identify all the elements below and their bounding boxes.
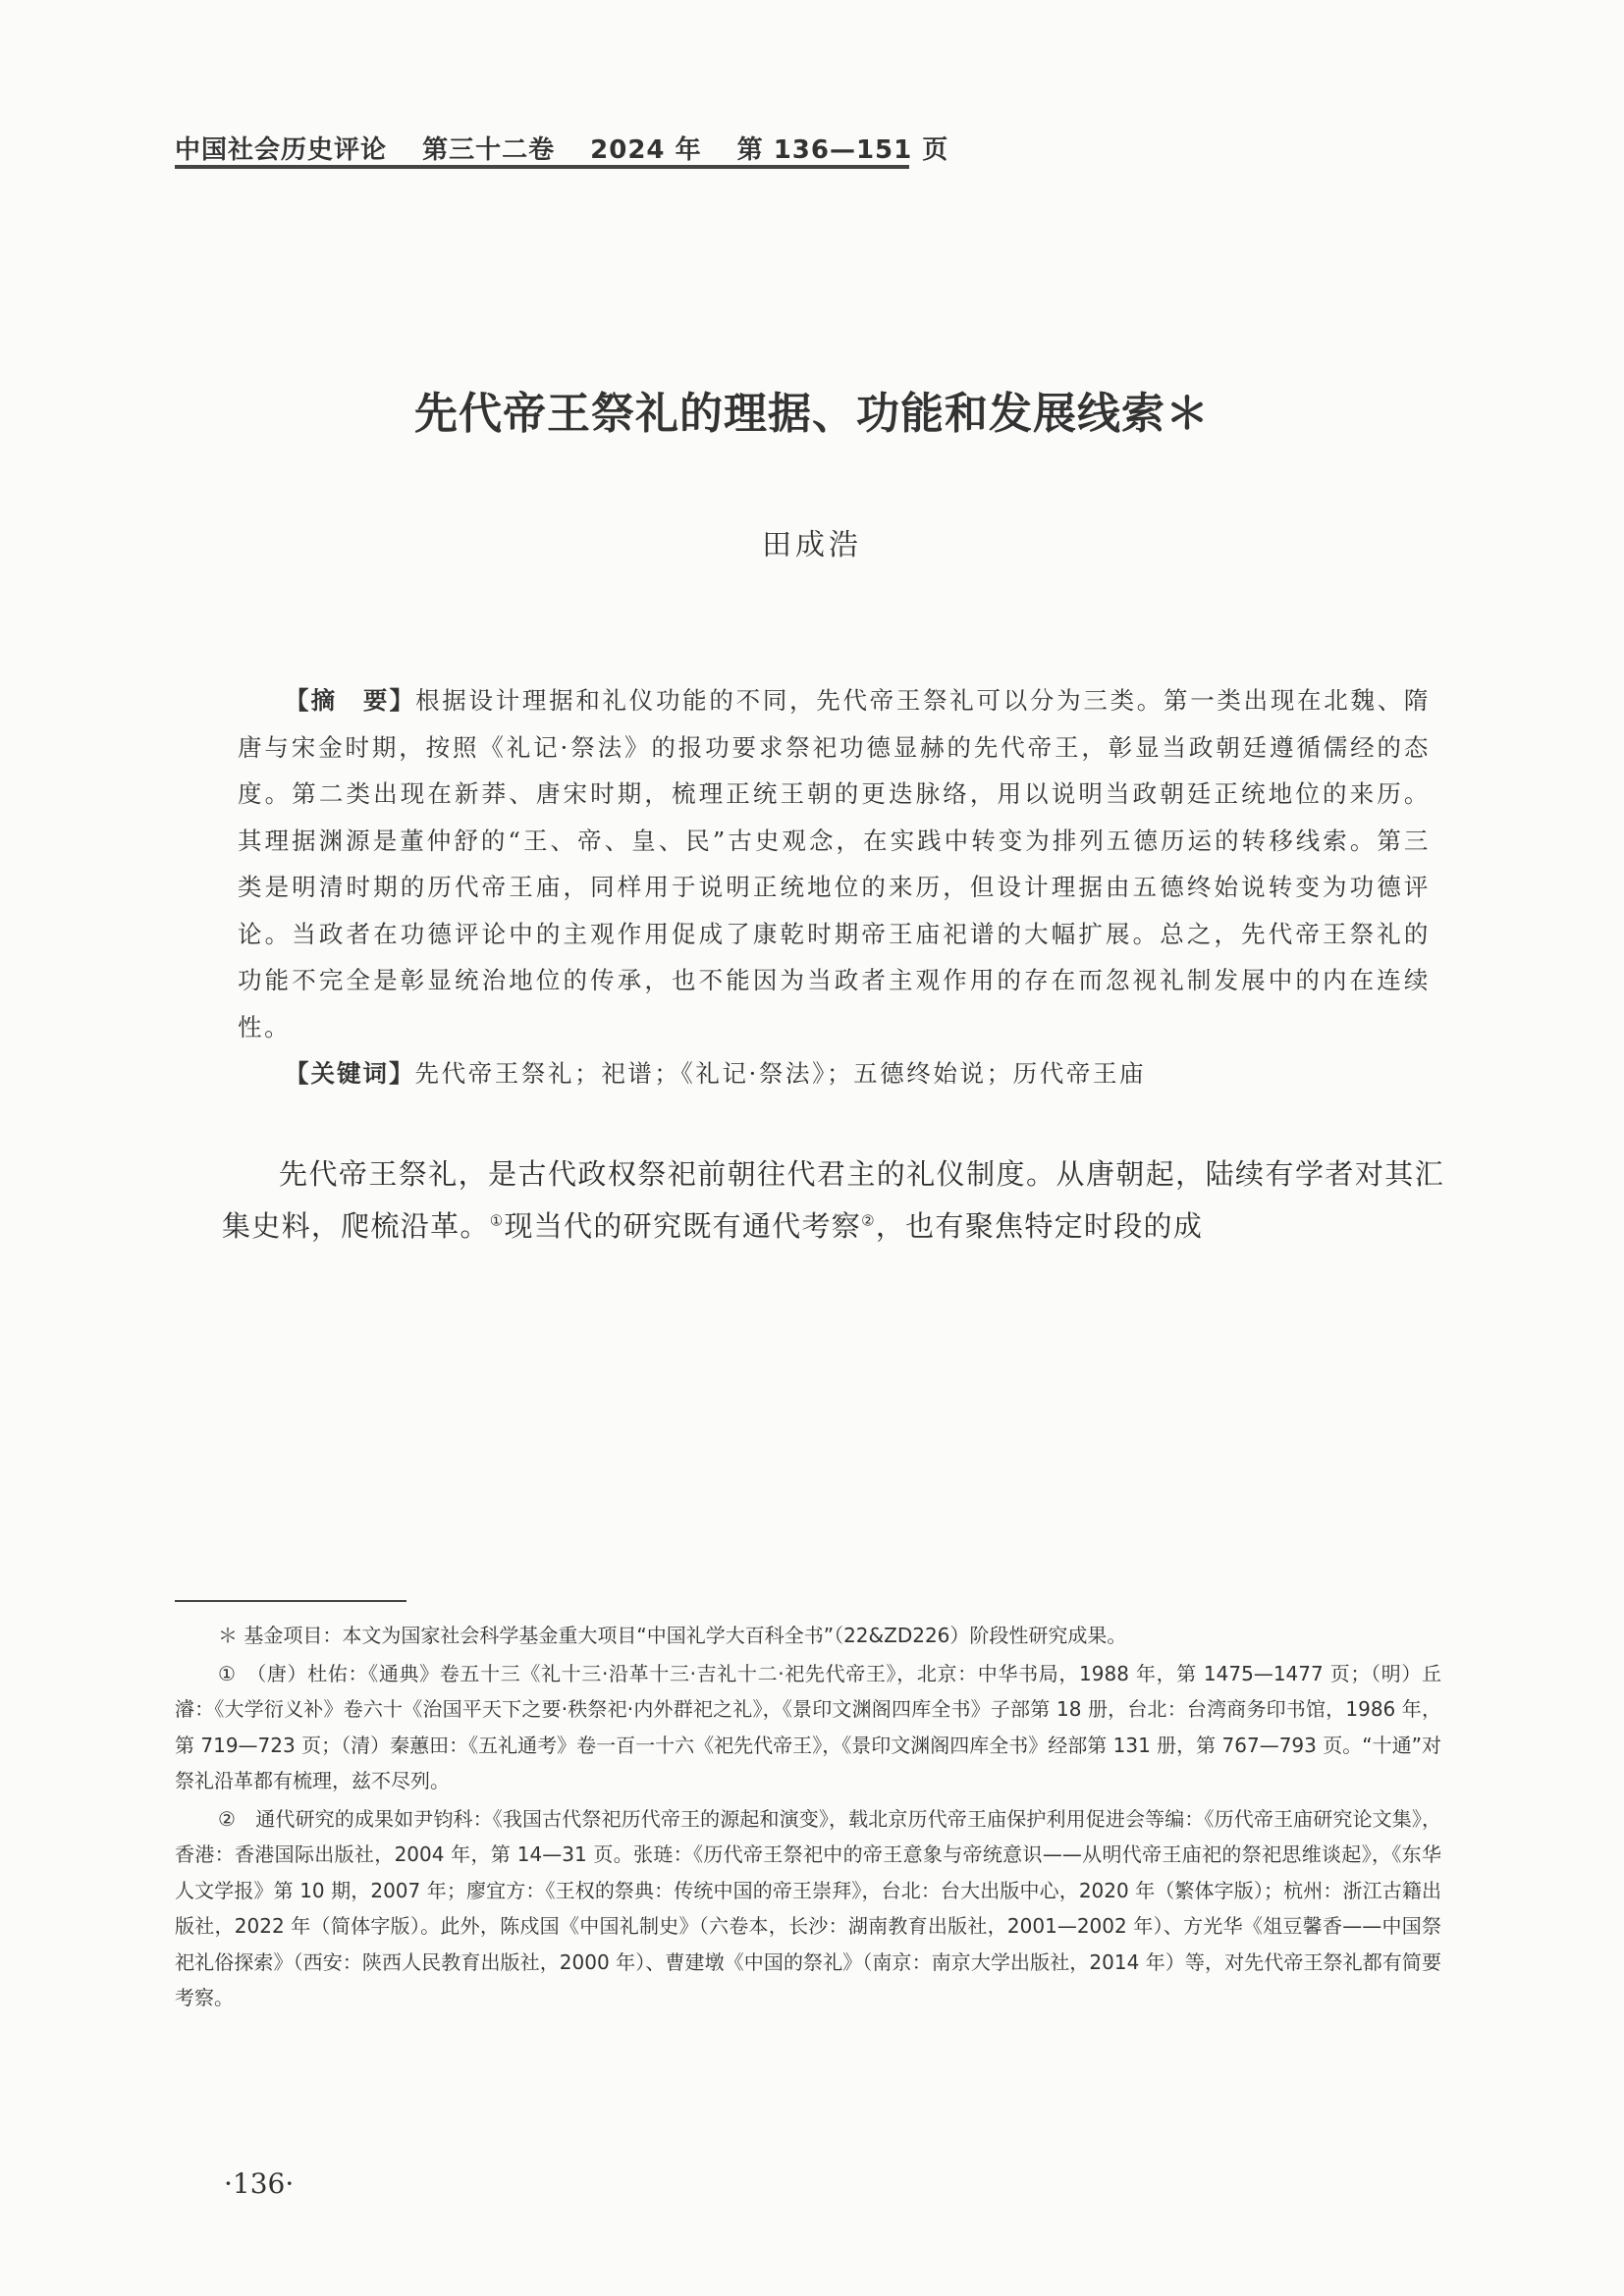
abstract-paragraph: 【摘 要】根据设计理据和礼仪功能的不同，先代帝王祭礼可以分为三类。第一类出现在北… [238,677,1431,1050]
header-rule [175,165,909,169]
article-title: 先代帝王祭礼的理据、功能和发展线索＊ [0,378,1624,441]
abstract-label: 【摘 要】 [285,686,415,715]
body-paragraph: 先代帝王祭礼，是古代政权祭祀前朝往代君主的礼仪制度。从唐朝起，陆续有学者对其汇集… [222,1148,1444,1253]
footnote-text: 通代研究的成果如尹钧科：《我国古代祭祀历代帝王的源起和演变》，载北京历代帝王庙保… [175,1807,1441,2010]
abstract-text: 根据设计理据和礼仪功能的不同，先代帝王祭礼可以分为三类。第一类出现在北魏、隋唐与… [238,686,1431,1041]
body-text: 先代帝王祭礼，是古代政权祭祀前朝往代君主的礼仪制度。从唐朝起，陆续有学者对其汇集… [222,1148,1444,1253]
footnote-text: （唐）杜佑：《通典》卷五十三《礼十三·沿革十三·吉礼十二·祀先代帝王》，北京：中… [175,1662,1441,1793]
volume: 第三十二卷 [422,135,555,165]
abstract-section: 【摘 要】根据设计理据和礼仪功能的不同，先代帝王祭礼可以分为三类。第一类出现在北… [238,677,1431,1097]
body-text-segment: ，也有聚焦特定时段的成 [876,1209,1203,1243]
running-header: 中国社会历史评论 第三十二卷 2024 年 第 136—151 页 [175,130,906,166]
footnote-ref-1[interactable]: ① [490,1211,505,1229]
page-range: 第 136—151 页 [737,135,949,165]
author-name: 田成浩 [0,520,1624,563]
keywords-paragraph: 【关键词】先代帝王祭礼；祀谱；《礼记·祭法》；五德终始说；历代帝王庙 [238,1050,1431,1097]
footnote-marker: ② [218,1807,236,1831]
footnote-marker: ① [218,1662,237,1685]
page-number: ·136· [224,2167,294,2200]
footnote-item: ② 通代研究的成果如尹钧科：《我国古代祭祀历代帝王的源起和演变》，载北京历代帝王… [175,1801,1441,2016]
footnote-text: 基金项目：本文为国家社会科学基金重大项目“中国礼学大百科全书”（22&ZD226… [244,1624,1126,1647]
footnote-separator [175,1600,406,1602]
footnotes: ＊ 基金项目：本文为国家社会科学基金重大项目“中国礼学大百科全书”（22&ZD2… [175,1618,1441,2018]
footnote-item: ＊ 基金项目：本文为国家社会科学基金重大项目“中国礼学大百科全书”（22&ZD2… [175,1618,1441,1654]
year: 2024 年 [590,135,701,165]
body-text-segment: 现当代的研究既有通代考察 [504,1209,861,1243]
footnote-ref-2[interactable]: ② [861,1211,876,1229]
journal-name: 中国社会历史评论 [175,135,387,165]
keywords-text: 先代帝王祭礼；祀谱；《礼记·祭法》；五德终始说；历代帝王庙 [415,1059,1147,1088]
footnote-marker: ＊ [218,1624,238,1647]
keywords-label: 【关键词】 [285,1059,415,1088]
footnote-item: ① （唐）杜佑：《通典》卷五十三《礼十三·沿革十三·吉礼十二·祀先代帝王》，北京… [175,1656,1441,1799]
